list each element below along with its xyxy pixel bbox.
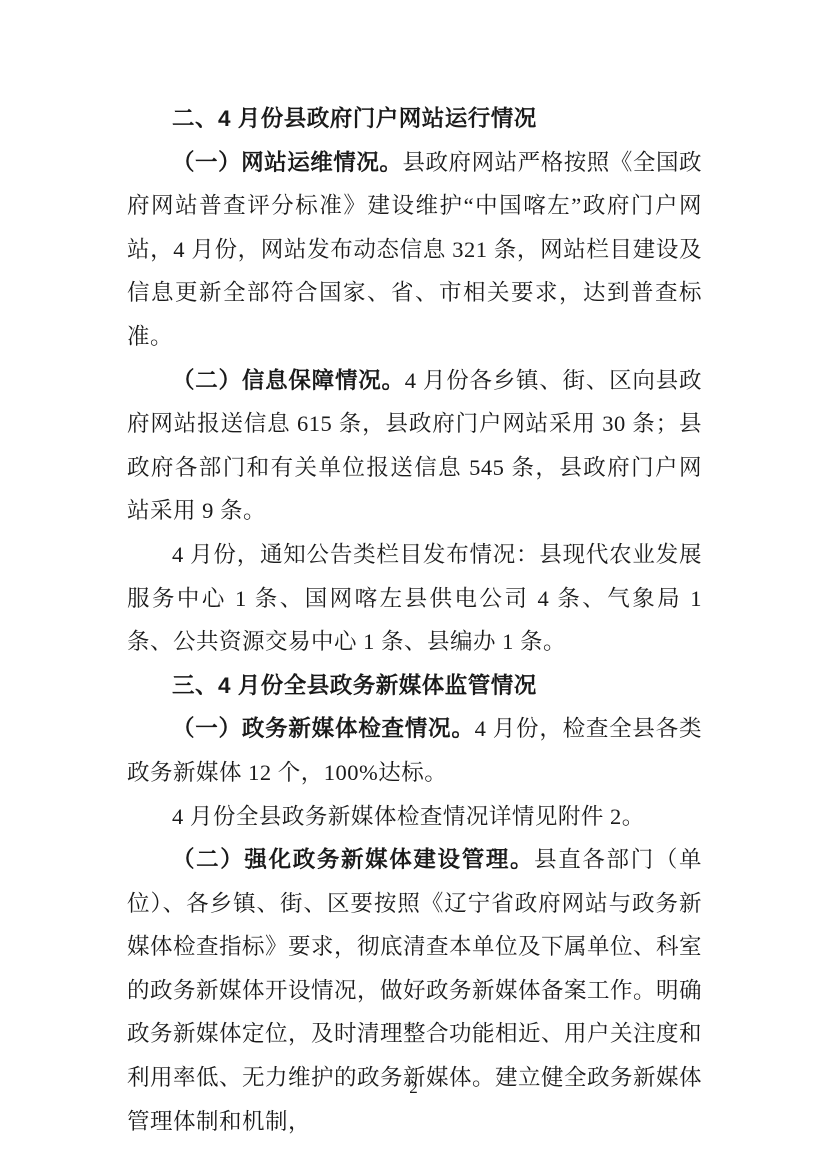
paragraph-notice-announcements: 4 月份，通知公告类栏目发布情况：县现代农业发展服务中心 1 条、国网喀左县供电… xyxy=(127,533,702,664)
paragraph-attachment-reference: 4 月份全县政务新媒体检查情况详情见附件 2。 xyxy=(127,795,702,839)
paragraph-text: 4 月份，通知公告类栏目发布情况：县现代农业发展服务中心 1 条、国网喀左县供电… xyxy=(127,542,702,654)
paragraph-lead: （一）网站运维情况。 xyxy=(172,150,402,175)
document-page: 二、4 月份县政府门户网站运行情况 （一）网站运维情况。县政府网站严格按照《全国… xyxy=(0,0,827,1169)
page-footer: 2 xyxy=(0,1078,827,1098)
paragraph-website-maintenance: （一）网站运维情况。县政府网站严格按照《全国政府网站普查评分标准》建设维护“中国… xyxy=(127,141,702,359)
paragraph-text: 县政府网站严格按照《全国政府网站普查评分标准》建设维护“中国喀左”政府门户网站，… xyxy=(127,150,702,349)
section-heading-website-operation: 二、4 月份县政府门户网站运行情况 xyxy=(127,97,702,141)
paragraph-text: 4 月份全县政务新媒体检查情况详情见附件 2。 xyxy=(172,804,645,829)
paragraph-lead: （二）信息保障情况。 xyxy=(172,368,405,393)
paragraph-information-support: （二）信息保障情况。4 月份各乡镇、街、区向县政府网站报送信息 615 条，县政… xyxy=(127,359,702,533)
paragraph-lead: （一）政务新媒体检查情况。 xyxy=(172,716,475,741)
document-body: 二、4 月份县政府门户网站运行情况 （一）网站运维情况。县政府网站严格按照《全国… xyxy=(127,97,702,1143)
section-heading-new-media-supervision: 三、4 月份全县政务新媒体监管情况 xyxy=(127,664,702,708)
page-number: 2 xyxy=(409,1078,418,1097)
paragraph-new-media-inspection: （一）政务新媒体检查情况。4 月份，检查全县各类政务新媒体 12 个，100%达… xyxy=(127,707,702,794)
paragraph-lead: （二）强化政务新媒体建设管理。 xyxy=(172,847,534,872)
